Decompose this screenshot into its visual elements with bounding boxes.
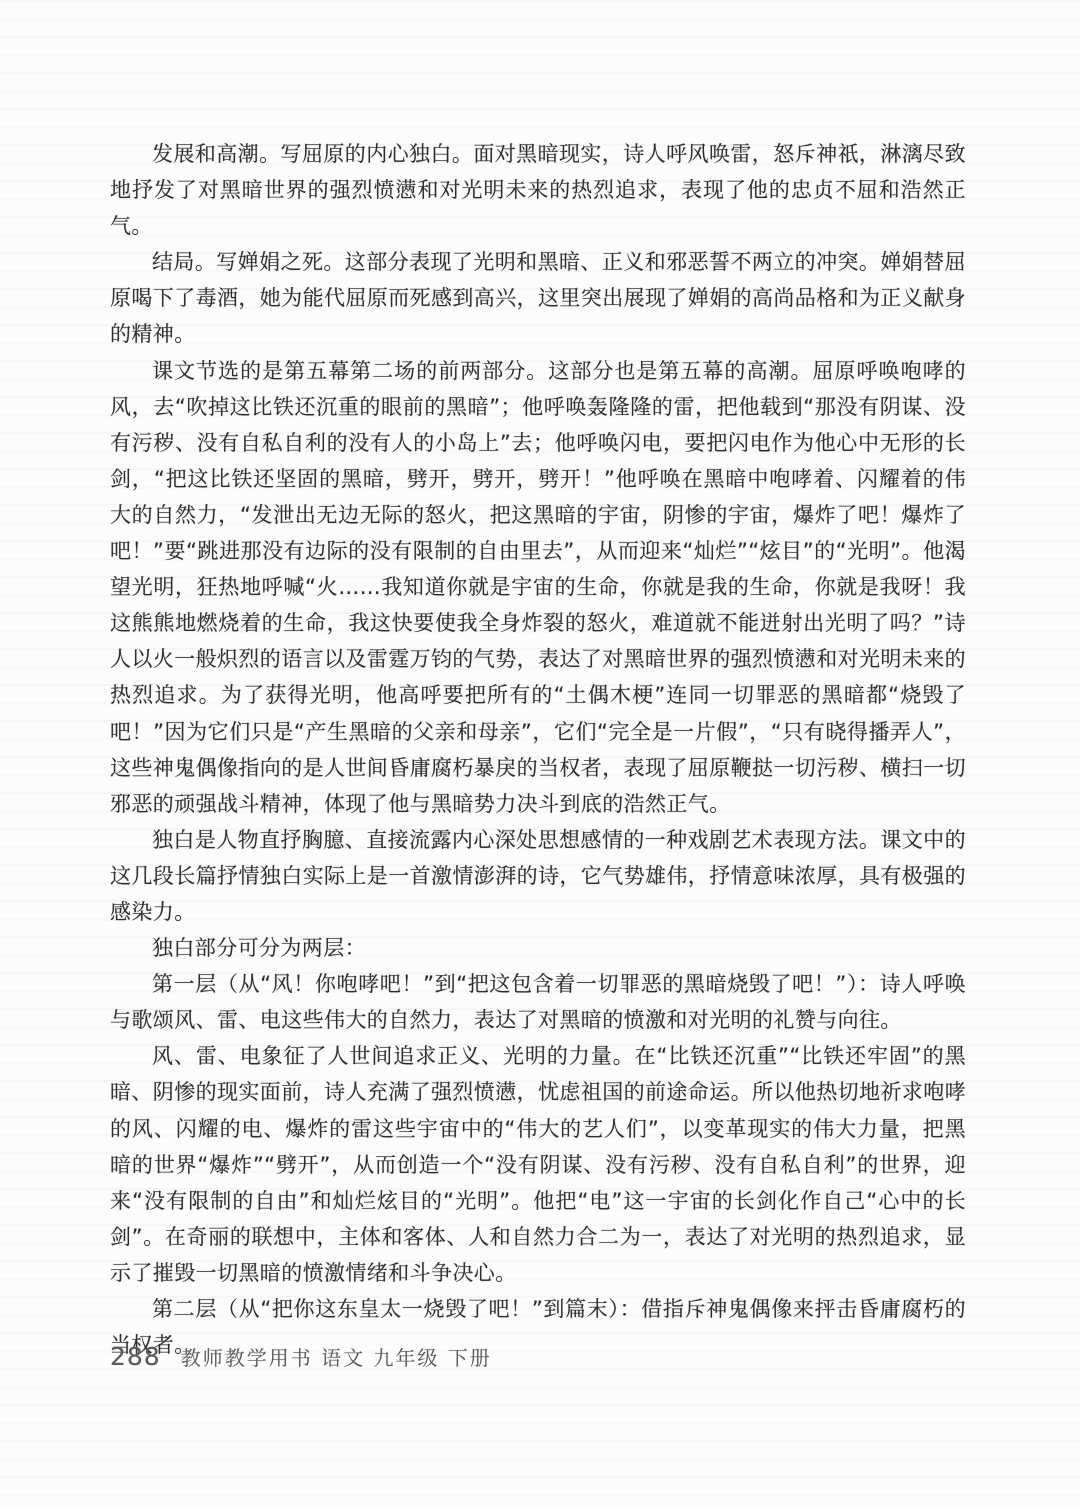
document-text-block: 发展和高潮。写屈原的内心独白。面对黑暗现实，诗人呼风唤雷，怒斥神祇，淋漓尽致地抒… [110, 136, 966, 1363]
paragraph-development-climax: 发展和高潮。写屈原的内心独白。面对黑暗现实，诗人呼风唤雷，怒斥神祇，淋漓尽致地抒… [110, 136, 966, 244]
paragraph-first-layer: 第一层（从“风！你咆哮吧！”到“把这包含着一切罪恶的黑暗烧毁了吧！”）：诗人呼唤… [110, 966, 966, 1038]
scanned-textbook-page: 发展和高潮。写屈原的内心独白。面对黑暗现实，诗人呼风唤雷，怒斥神祇，淋漓尽致地抒… [0, 0, 1080, 1508]
paragraph-monologue-method: 独白是人物直抒胸臆、直接流露内心深处思想感情的一种戏剧艺术表现方法。课文中的这几… [110, 822, 966, 930]
page-footer: 288 教师教学用书 语文 九年级 下册 [110, 1342, 492, 1371]
paragraph-act-five-analysis: 课文节选的是第五幕第二场的前两部分。这部分也是第五幕的高潮。屈原呼唤咆哮的风，去… [110, 353, 966, 822]
book-title-footer: 教师教学用书 语文 九年级 下册 [181, 1342, 492, 1371]
paragraph-wind-thunder-lightning: 风、雷、电象征了人世间追求正义、光明的力量。在“比铁还沉重”“比铁还牢固”的黑暗… [110, 1038, 966, 1291]
paragraph-ending-chanjuan: 结局。写婵娟之死。这部分表现了光明和黑暗、正义和邪恶誓不两立的冲突。婵娟替屈原喝… [110, 244, 966, 352]
paragraph-two-layers-heading: 独白部分可分为两层： [110, 930, 966, 966]
page-number: 288 [110, 1342, 161, 1371]
